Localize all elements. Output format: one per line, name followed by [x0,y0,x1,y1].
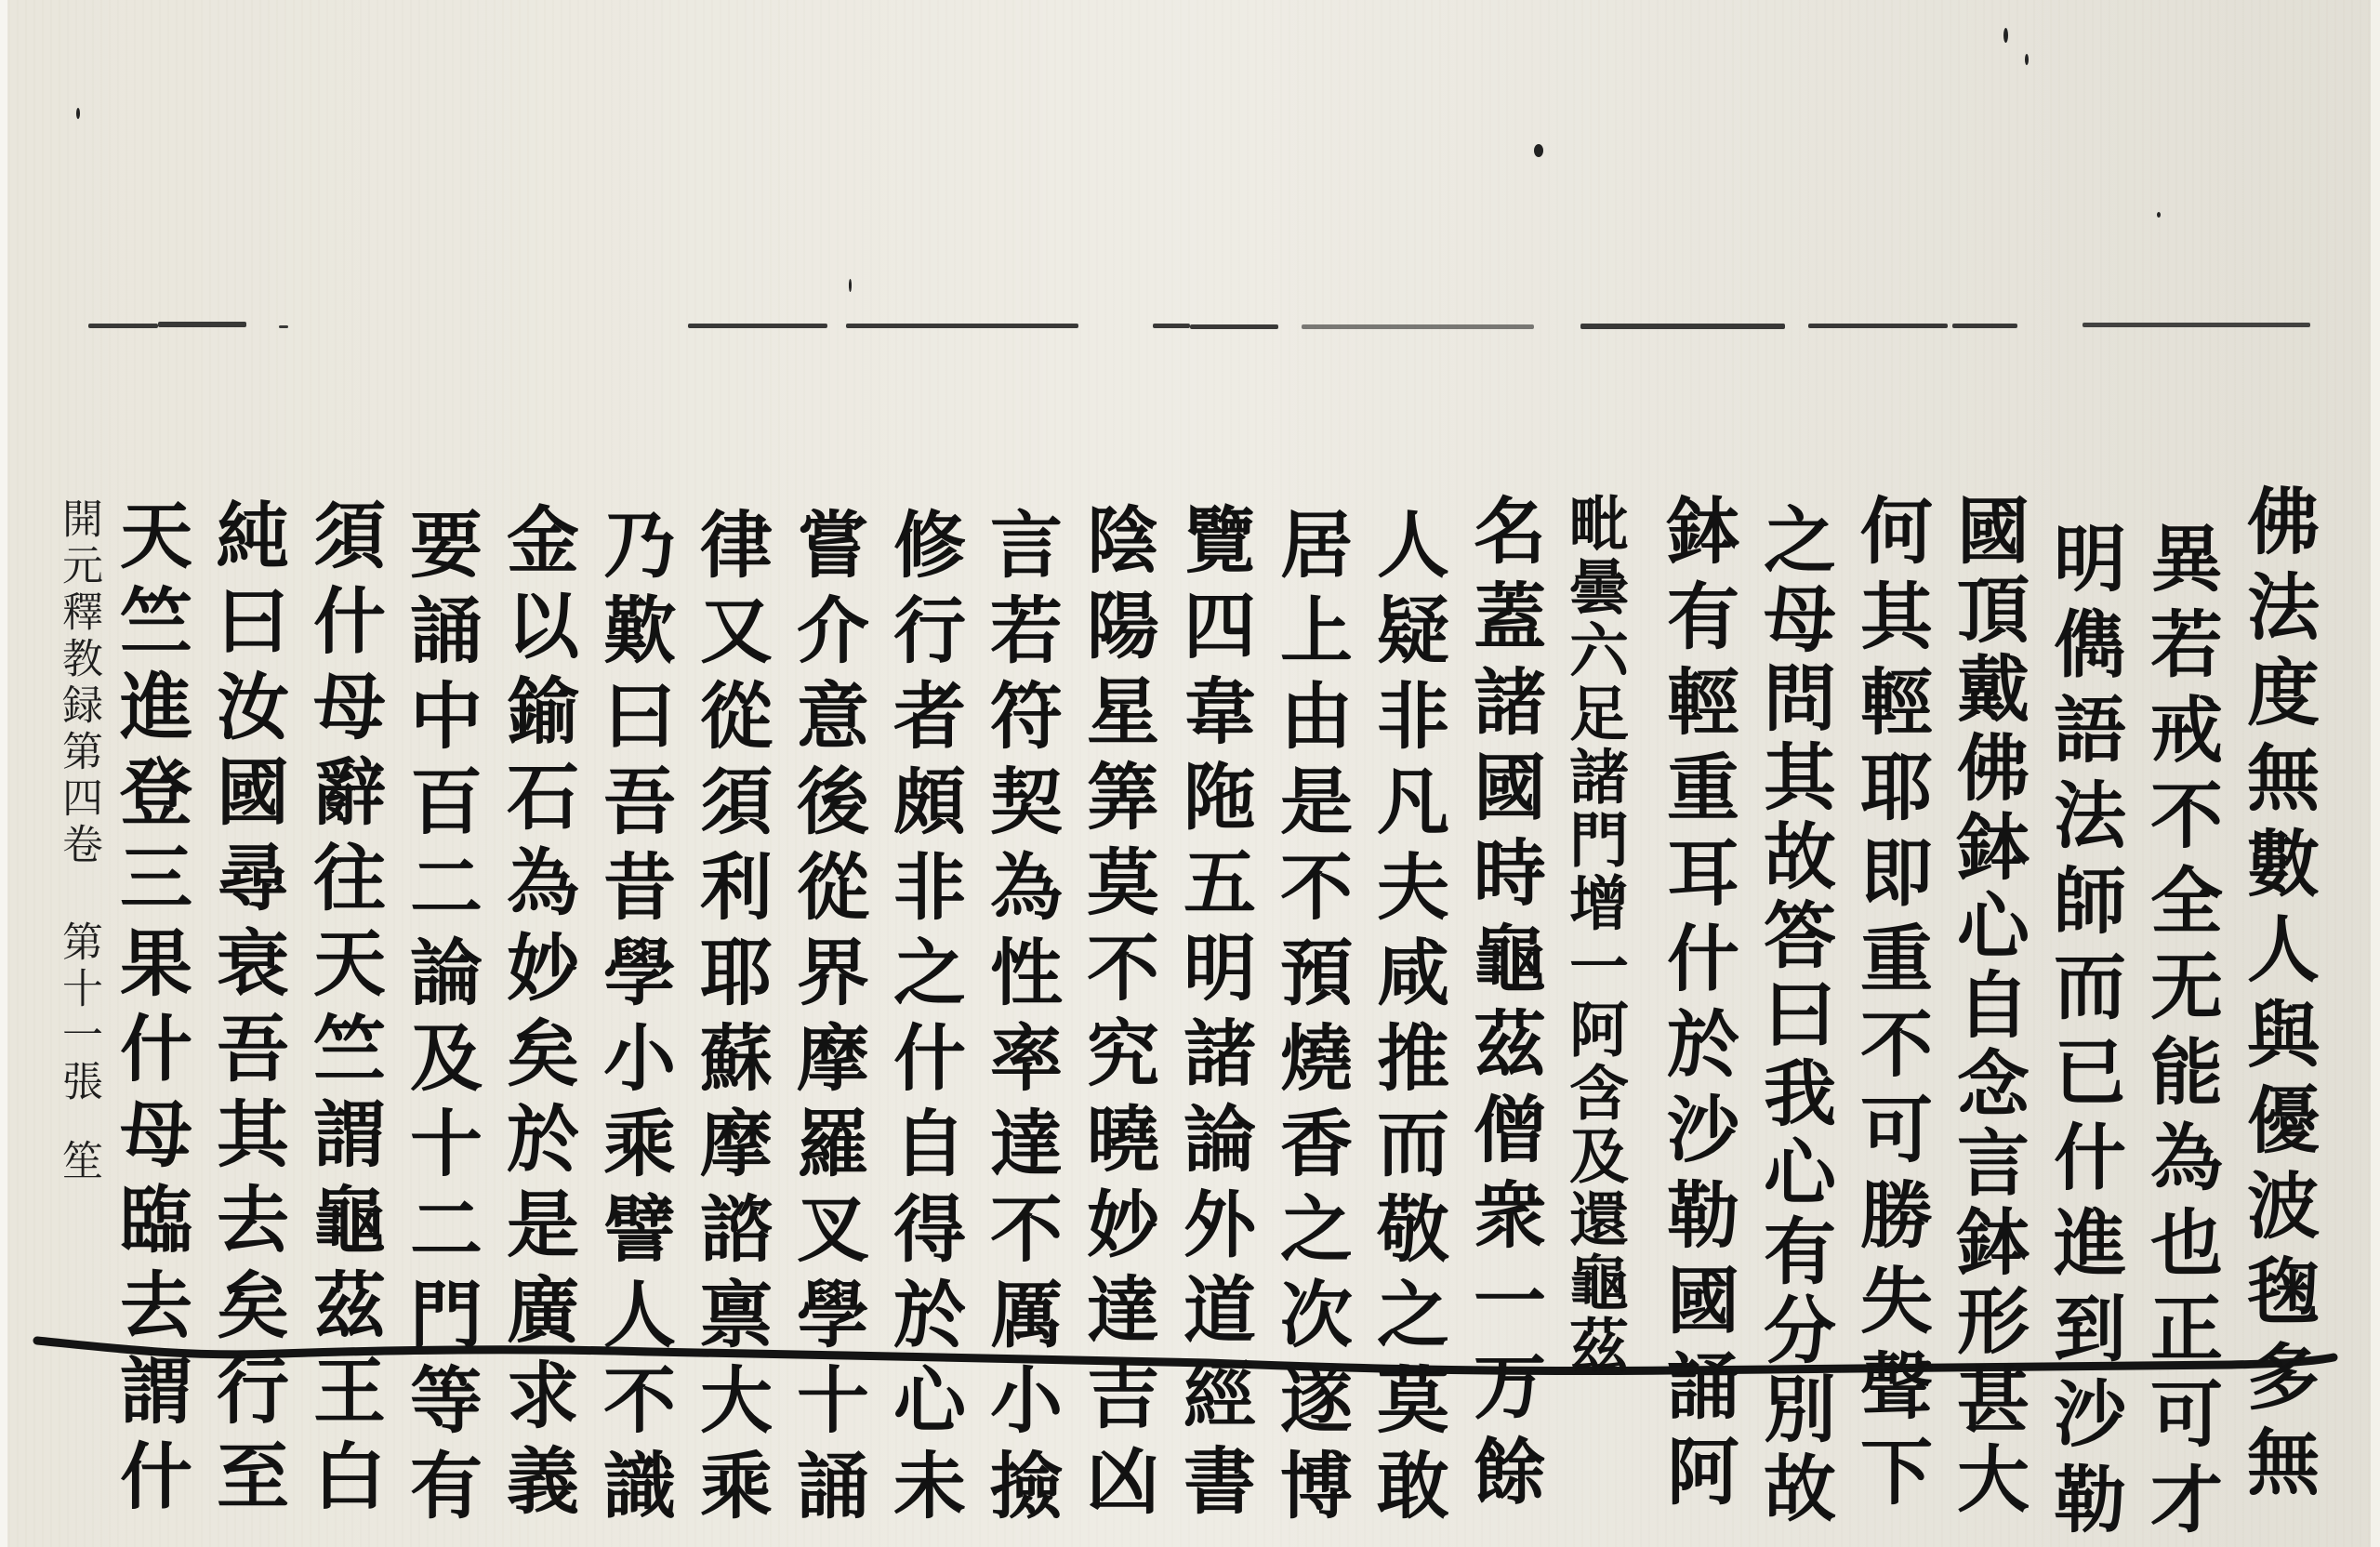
margin-mark: 笙 [58,1139,99,1185]
text-column: 國頂戴佛鉢心自念言鉢形甚大 [1950,493,2023,1520]
text-column: 佛法度無數人與優波毱多無 [2241,483,2313,1510]
text-column: 覽四韋陁五明諸論外道經書 [1177,502,1249,1528]
text-block: 佛法度無數人與優波毱多無 異若戒不全无能為也正可才 明儁語法師而已什進到沙勒 國… [0,0,2380,1547]
text-column: 金以鍮石為妙矣於是廣求義 [500,502,573,1528]
text-column: 居上由是不預燒香之次遂博 [1274,507,1346,1533]
text-column: 之母問其故答曰我心有分別故 [1757,502,1830,1529]
text-column: 人疑非凡夫咸推而敬之莫敢 [1370,507,1443,1533]
text-column: 須什母辭往天竺謂龜茲王白 [307,497,379,1524]
text-column: 嘗介意後從界摩羅叉學十誦 [790,507,863,1533]
text-column: 純曰汝國尋衰吾其去矣行至 [210,497,283,1524]
margin-title: 開元釋教録第四卷 [58,497,99,869]
text-column: 天竺進登三果什母臨去謂什 [113,497,186,1524]
text-column: 陰陽星筭莫不究曉妙達吉凶 [1080,502,1153,1528]
text-column: 毗曇六足諸門增一阿含及還龜茲 [1564,493,1623,1378]
text-column: 言若符契為性率達不厲小撿 [984,507,1056,1533]
text-column: 明儁語法師而已什進到沙勒 [2047,521,2120,1547]
text-column: 何其輕耶即重不可勝失聲下 [1854,493,1926,1519]
text-column: 律又從須利耶蘇摩諮禀大乘 [694,507,766,1533]
text-column: 修行者頗非之什自得於心未 [887,507,959,1533]
text-column: 乃歎曰吾昔學小乘譬人不識 [597,507,669,1533]
text-column: 鉢有輕重耳什於沙勒國誦阿 [1660,493,1733,1519]
text-column: 名蓋諸國時龜茲僧衆一万餘 [1467,493,1540,1519]
text-column: 異若戒不全无能為也正可才 [2144,521,2216,1547]
margin-page-number: 第十一張 [58,920,99,1106]
text-column: 要誦中百二論及十二門等有 [403,507,476,1533]
